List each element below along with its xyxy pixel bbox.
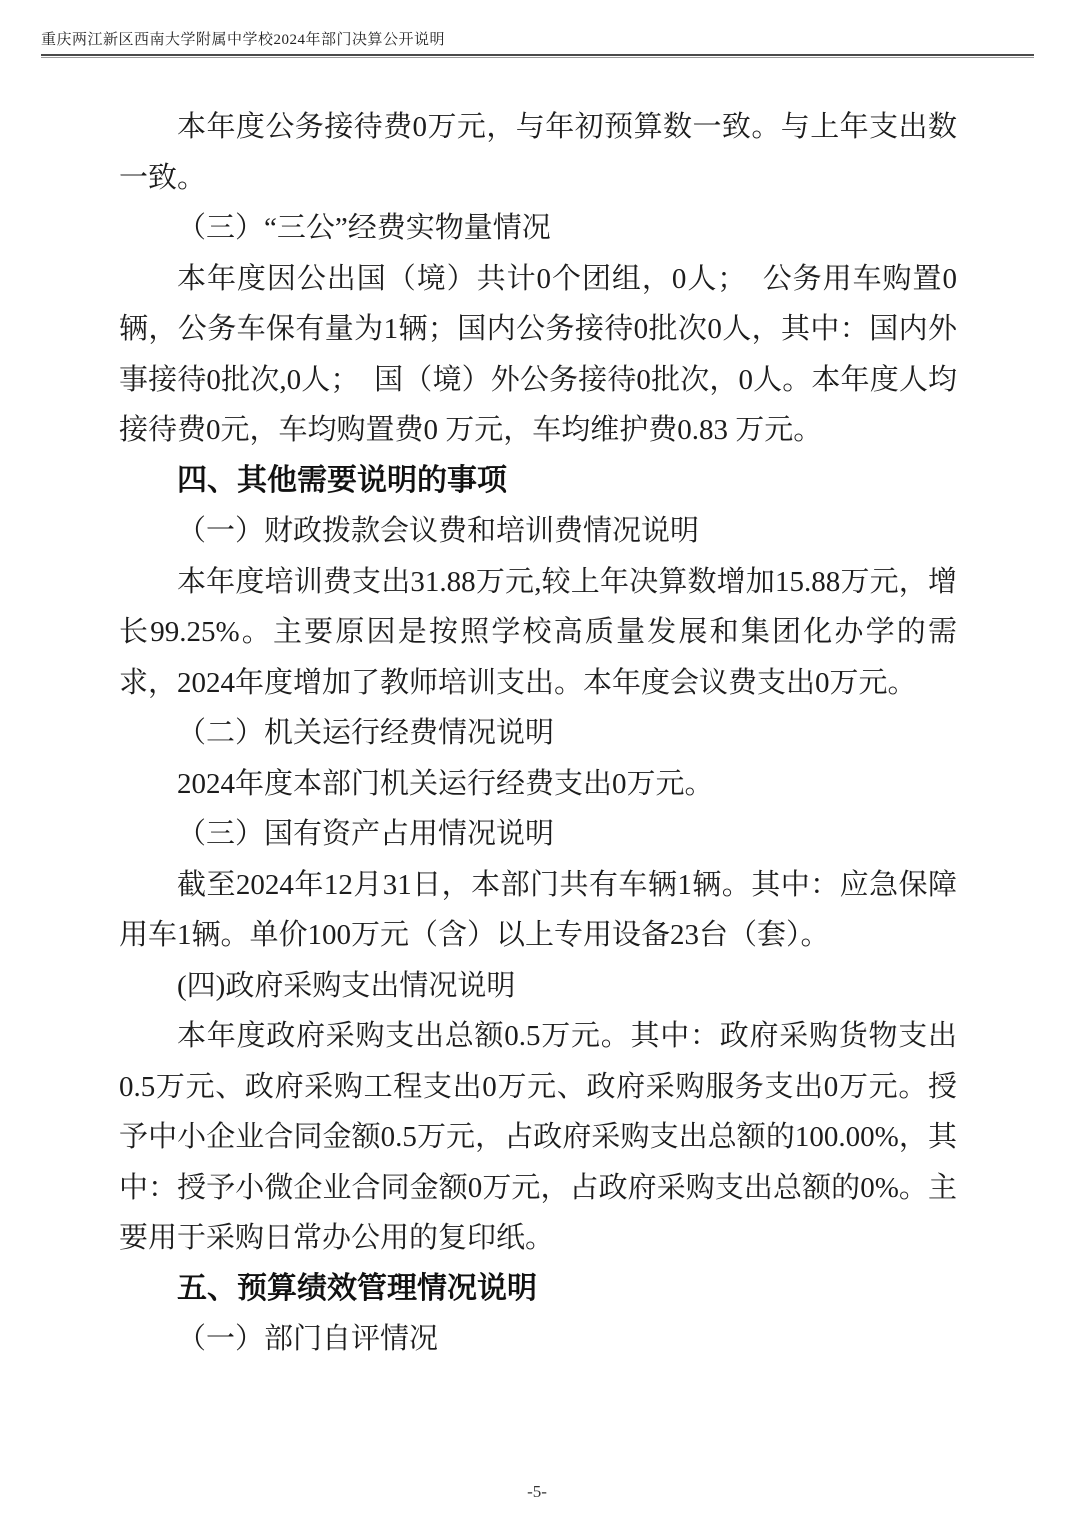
paragraph-three-public-detail: 本年度因公出国（境）共计0个团组，0人； 公务用车购置0辆，公务车保有量为1辆；… [119, 254, 957, 456]
header-divider [41, 54, 1034, 58]
subsection-heading-meeting-training-fee: （一）财政拨款会议费和培训费情况说明 [119, 506, 957, 557]
subsection-heading-self-evaluation: （一）部门自评情况 [119, 1314, 957, 1365]
section-heading-other-matters: 四、其他需要说明的事项 [119, 456, 957, 507]
paragraph-gov-procurement-detail: 本年度政府采购支出总额0.5万元。其中：政府采购货物支出0.5万元、政府采购工程… [119, 1011, 957, 1264]
header-title: 重庆两江新区西南大学附属中学校2024年部门决算公开说明 [41, 30, 1034, 50]
subsection-heading-operating-expense: （二）机关运行经费情况说明 [119, 708, 957, 759]
section-heading-budget-performance: 五、预算绩效管理情况说明 [119, 1264, 957, 1315]
paragraph-operating-expense-detail: 2024年度本部门机关运行经费支出0万元。 [119, 759, 957, 810]
document-body: 本年度公务接待费0万元，与年初预算数一致。与上年支出数一致。 （三）“三公”经费… [119, 102, 957, 1365]
paragraph-state-assets-detail: 截至2024年12月31日，本部门共有车辆1辆。其中：应急保障用车1辆。单价10… [119, 860, 957, 961]
subsection-heading-gov-procurement: (四)政府采购支出情况说明 [119, 961, 957, 1012]
page-header: 重庆两江新区西南大学附属中学校2024年部门决算公开说明 [41, 30, 1034, 58]
subsection-heading-three-public-physical: （三）“三公”经费实物量情况 [119, 203, 957, 254]
page-footer: -5- [0, 1482, 1074, 1502]
paragraph-reception-fee: 本年度公务接待费0万元，与年初预算数一致。与上年支出数一致。 [119, 102, 957, 203]
page-number: -5- [527, 1482, 547, 1501]
document-page: 重庆两江新区西南大学附属中学校2024年部门决算公开说明 本年度公务接待费0万元… [0, 0, 1074, 1520]
subsection-heading-state-assets: （三）国有资产占用情况说明 [119, 809, 957, 860]
paragraph-training-fee-detail: 本年度培训费支出31.88万元,较上年决算数增加15.88万元，增长99.25%… [119, 557, 957, 709]
